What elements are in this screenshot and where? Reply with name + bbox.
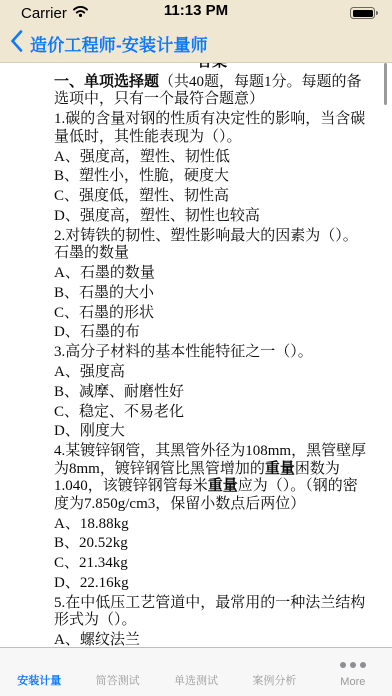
tab-label: 案例分析: [252, 672, 296, 688]
carrier-label: Carrier: [21, 5, 67, 22]
question-4-option-b: B、20.52kg: [54, 535, 370, 553]
question-2-option-a: A、石墨的数量: [54, 265, 370, 283]
question-4-text: 4.某镀锌钢管，其黑管外径为108mm，黑管壁厚为8mm，镀锌钢管比黑管增加的重…: [54, 443, 370, 513]
question-2-option-d: D、石墨的布: [54, 324, 370, 342]
tab-short-answer-test[interactable]: 简答测试: [78, 648, 156, 696]
app-window: Carrier 11:13 PM 造价工: [0, 0, 392, 696]
status-left: Carrier: [21, 4, 89, 22]
status-right: [350, 7, 378, 19]
question-1-option-a: A、强度高，塑性、韧性低: [54, 149, 370, 167]
question-3-option-c: C、稳定、不易老化: [54, 404, 370, 422]
question-1-option-b: B、塑性小，性脆，硬度大: [54, 168, 370, 186]
question-1-text: 1.碳的含量对钢的性质有决定性的影响，当含碳量低时，其性能表现为（）。: [54, 111, 370, 146]
section-heading-bold: 一、单项选择题: [54, 74, 159, 90]
answers-header: 答案: [54, 62, 370, 72]
wifi-icon: [72, 4, 89, 22]
question-5-option-a: A、螺纹法兰: [54, 632, 370, 648]
tab-more[interactable]: More: [314, 648, 392, 696]
tab-bar: 安装计量 简答测试 单选测试 案例分析 More: [0, 647, 392, 696]
question-1-option-c: C、强度低，塑性、韧性高: [54, 188, 370, 206]
question-5-text: 5.在中低压工艺管道中，最常用的一种法兰结构形式为（）。: [54, 595, 370, 630]
navigation-bar: 造价工程师-安装计量师: [0, 24, 392, 62]
question-3-option-a: A、强度高: [54, 364, 370, 382]
status-bar: Carrier 11:13 PM: [0, 0, 392, 24]
tab-label: More: [340, 676, 365, 688]
ellipsis-icon: [340, 662, 366, 668]
tab-single-choice-test[interactable]: 单选测试: [157, 648, 235, 696]
question-4-option-d: D、22.16kg: [54, 575, 370, 593]
question-1-option-d: D、强度高，塑性、韧性也较高: [54, 208, 370, 226]
chevron-left-icon: [10, 30, 23, 57]
question-3-option-d: D、刚度大: [54, 423, 370, 441]
tab-install-measurement[interactable]: 安装计量: [0, 648, 78, 696]
question-4-option-c: C、21.34kg: [54, 555, 370, 573]
back-button[interactable]: 造价工程师-安装计量师: [10, 30, 208, 57]
scrollbar-thumb[interactable]: [384, 63, 387, 105]
tab-label: 简答测试: [96, 672, 140, 688]
question-2-text: 2.对铸铁的韧性、塑性影响最大的因素为（）。石墨的数量: [54, 228, 370, 263]
document-body: 答案 一、单项选择题（共40题，每题1分。每题的备选项中，只有一个最符合题意） …: [0, 62, 392, 648]
document-scroll-area[interactable]: 答案 一、单项选择题（共40题，每题1分。每题的备选项中，只有一个最符合题意） …: [0, 62, 392, 648]
question-3-text: 3.高分子材料的基本性能特征之一（）。: [54, 344, 370, 362]
tab-case-analysis[interactable]: 案例分析: [235, 648, 313, 696]
tab-label: 安装计量: [17, 672, 61, 688]
question-3-option-b: B、减摩、耐磨性好: [54, 384, 370, 402]
question-4-option-a: A、18.88kg: [54, 516, 370, 534]
question-2-option-b: B、石墨的大小: [54, 285, 370, 303]
section-heading: 一、单项选择题（共40题，每题1分。每题的备选项中，只有一个最符合题意）: [54, 74, 370, 109]
page-title: 造价工程师-安装计量师: [30, 31, 208, 56]
battery-icon: [350, 7, 378, 19]
tab-label: 单选测试: [174, 672, 218, 688]
question-2-option-c: C、石墨的形状: [54, 305, 370, 323]
